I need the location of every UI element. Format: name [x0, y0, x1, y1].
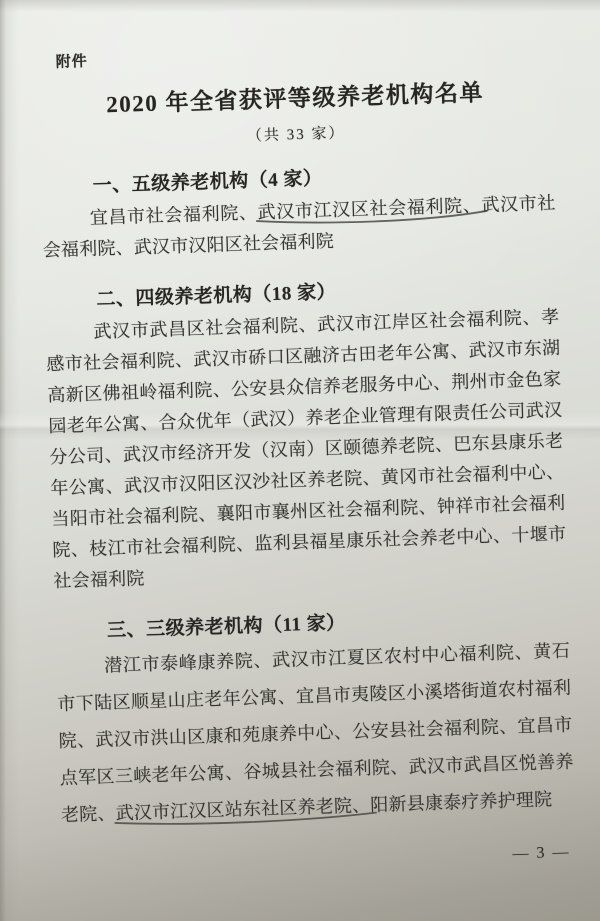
text-segment: 武汉市江汉区站东社区养老院、 — [115, 795, 370, 823]
pen-underlined-text: 武汉市江汉区站东社区养老院、 — [115, 795, 370, 823]
photo-top-shadow — [0, 0, 600, 12]
attachment-label: 附件 — [55, 35, 550, 72]
pen-underlined-text: 武汉市江汉区社会福利院、 — [257, 195, 481, 222]
document-sheet: 附件 2020 年全省获评等级养老机构名单 （共 33 家） 一、五级养老机构（… — [36, 27, 577, 878]
page-number: — 3 — — [62, 843, 576, 878]
text-segment: 阳新县康泰疗养护理院 — [370, 789, 553, 815]
paper-left-edge — [0, 0, 20, 921]
section-body-level-4: 武汉市武昌区社会福利院、武汉市江岸区社会福利院、孝感市社会福利院、武汉市硚口区融… — [45, 302, 568, 597]
text-segment: 武汉市武昌区社会福利院、武汉市江岸区社会福利院、孝感市社会福利院、武汉市硚口区融… — [46, 307, 566, 591]
section-level-5: 一、五级养老机构（4 家） 宜昌市社会福利院、武汉市江汉区社会福利院、武汉市社会… — [40, 156, 557, 267]
section-body-level-5: 宜昌市社会福利院、武汉市江汉区社会福利院、武汉市社会福利院、武汉市汉阳区社会福利… — [41, 188, 557, 267]
document-photo: 附件 2020 年全省获评等级养老机构名单 （共 33 家） 一、五级养老机构（… — [0, 0, 600, 921]
text-segment: 宜昌市社会福利院、 — [89, 202, 257, 227]
section-body-level-3: 潜江市泰峰康养院、武汉市江夏区农村中心福利院、黄石市下陆区顺星山庄老年公寓、宜昌… — [56, 633, 576, 834]
section-level-3: 三、三级养老机构（11 家） 潜江市泰峰康养院、武汉市江夏区农村中心福利院、黄石… — [55, 601, 576, 834]
text-segment: 武汉市江汉区社会福利院、 — [257, 195, 481, 222]
document-subtitle: （共 33 家） — [39, 115, 553, 153]
document-title: 2020 年全省获评等级养老机构名单 — [38, 72, 553, 122]
section-level-4: 二、四级养老机构（18 家） 武汉市武昌区社会福利院、武汉市江岸区社会福利院、孝… — [44, 270, 568, 597]
